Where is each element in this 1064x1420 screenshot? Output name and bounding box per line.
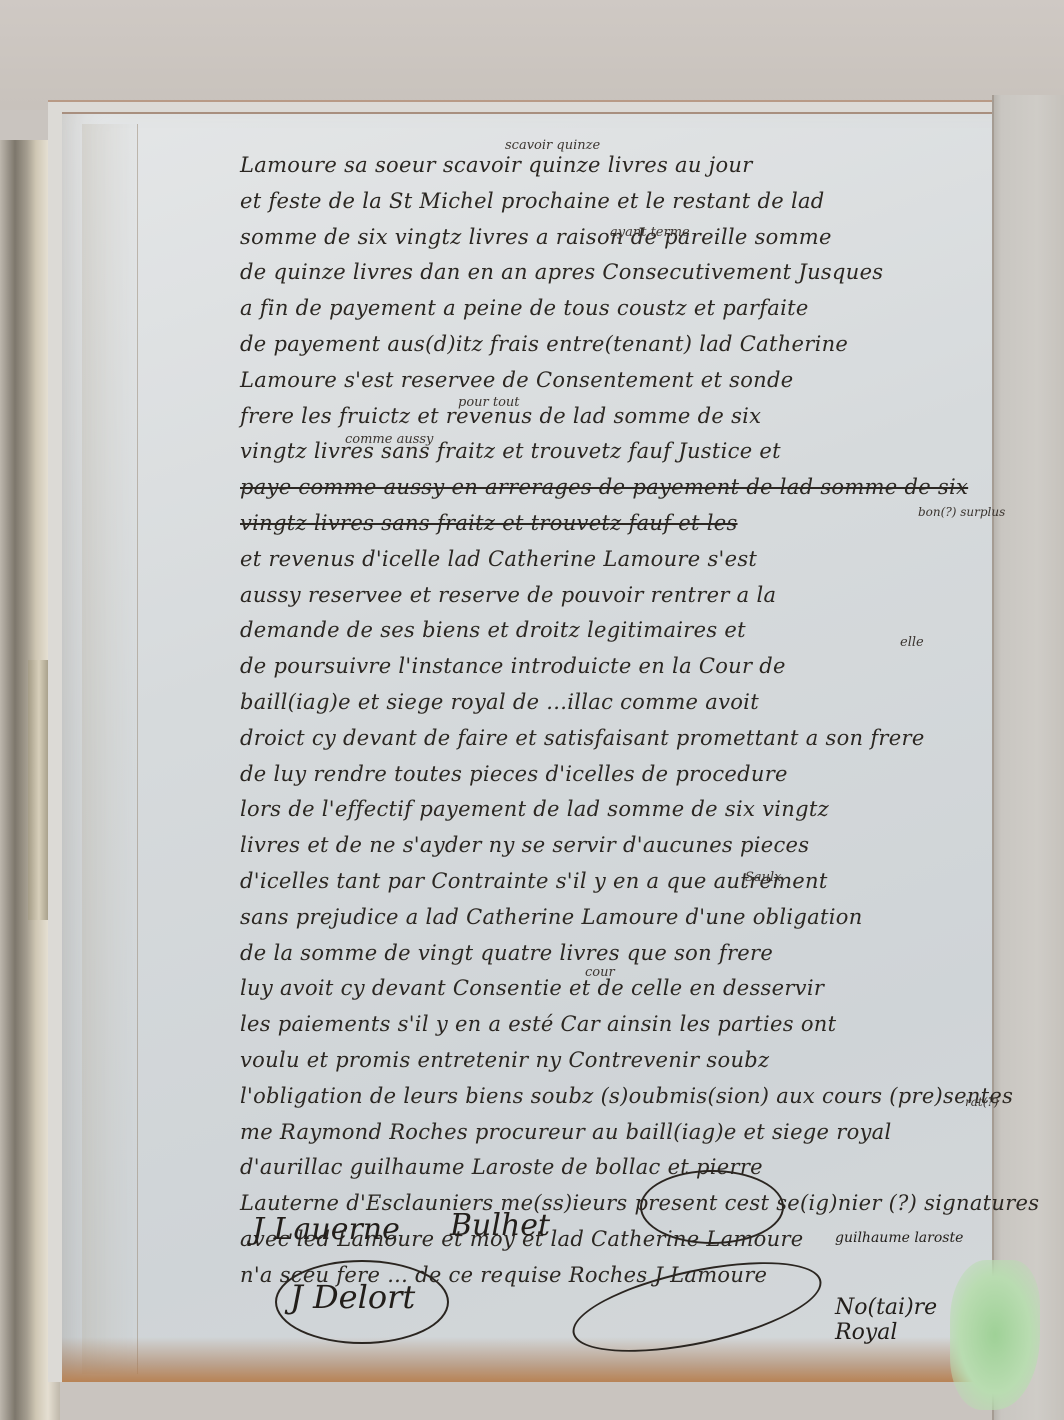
signature-flourish — [275, 1260, 449, 1344]
signatures-block: J Lauerne Bulhet J Delort guilhaume laro… — [240, 1190, 1000, 1360]
text-line: me Raymond Roches procureur au baill(iag… — [240, 1115, 1000, 1151]
margin-note: rat(?) — [965, 1095, 999, 1109]
interlinear-addition: Saulx — [745, 870, 782, 885]
signature: guilhaume laroste — [835, 1230, 963, 1246]
text-line: a fin de payement a peine de tous coustz… — [240, 291, 1000, 327]
text-line: de luy rendre toutes pieces d'icelles de… — [240, 757, 1000, 793]
text-line: de poursuivre l'instance introduicte en … — [240, 649, 1000, 685]
text-line: frere les fruictz et revenus de lad somm… — [240, 399, 1000, 435]
interlinear-addition: comme aussy — [345, 432, 433, 447]
text-line: baill(iag)e et siege royal de ...illac c… — [240, 685, 1000, 721]
struck-text-line: paye comme aussy en arrerages de payemen… — [240, 470, 1000, 506]
text-line: demande de ses biens et droitz legitimai… — [240, 613, 1000, 649]
text-line: voulu et promis entretenir ny Contreveni… — [240, 1043, 1000, 1079]
interlinear-addition: elle — [900, 635, 924, 650]
water-stain — [82, 124, 138, 1374]
text-line: Lamoure sa soeur scavoir quinze livres a… — [240, 148, 1000, 184]
text-line: livres et de ne s'ayder ny se servir d'a… — [240, 828, 1000, 864]
margin-note: bon(?) surplus — [918, 505, 1005, 519]
text-line: droict cy devant de faire et satisfaisan… — [240, 721, 1000, 757]
green-paper-tab — [950, 1260, 1040, 1410]
text-line: de la somme de vingt quatre livres que s… — [240, 936, 1000, 972]
interlinear-addition: ayant terme — [610, 225, 690, 240]
text-line: d'icelles tant par Contrainte s'il y en … — [240, 864, 1000, 900]
backdrop — [0, 0, 1064, 110]
text-line: et feste de la St Michel prochaine et le… — [240, 184, 1000, 220]
text-line: d'aurillac guilhaume Laroste de bollac e… — [240, 1150, 1000, 1186]
text-line: l'obligation de leurs biens soubz (s)oub… — [240, 1079, 1000, 1115]
text-line: de quinze livres dan en an apres Consecu… — [240, 255, 1000, 291]
text-line: luy avoit cy devant Consentie et de cell… — [240, 971, 1000, 1007]
text-line: Lamoure s'est reservee de Consentement e… — [240, 363, 1000, 399]
interlinear-addition: pour tout — [458, 395, 520, 410]
signature-flourish — [565, 1244, 829, 1369]
signature: Bulhet — [450, 1208, 550, 1243]
text-line: les paiements s'il y en a esté Car ainsi… — [240, 1007, 1000, 1043]
struck-text-line: vingtz livres sans fraitz et trouvetz fa… — [240, 506, 1000, 542]
facing-page-edge — [992, 95, 1064, 1420]
signature: J Lauerne — [252, 1212, 400, 1247]
interlinear-addition: cour — [585, 965, 615, 980]
text-line: lors de l'effectif payement de lad somme… — [240, 792, 1000, 828]
text-line: de payement aus(d)itz frais entre(tenant… — [240, 327, 1000, 363]
text-line: sans prejudice a lad Catherine Lamoure d… — [240, 900, 1000, 936]
signature-flourish — [640, 1170, 784, 1244]
text-line: aussy reservee et reserve de pouvoir ren… — [240, 578, 1000, 614]
interlinear-addition: scavoir quinze — [505, 138, 600, 153]
text-line: et revenus d'icelle lad Catherine Lamour… — [240, 542, 1000, 578]
manuscript-text: Lamoure sa soeur scavoir quinze livres a… — [240, 148, 1000, 1294]
